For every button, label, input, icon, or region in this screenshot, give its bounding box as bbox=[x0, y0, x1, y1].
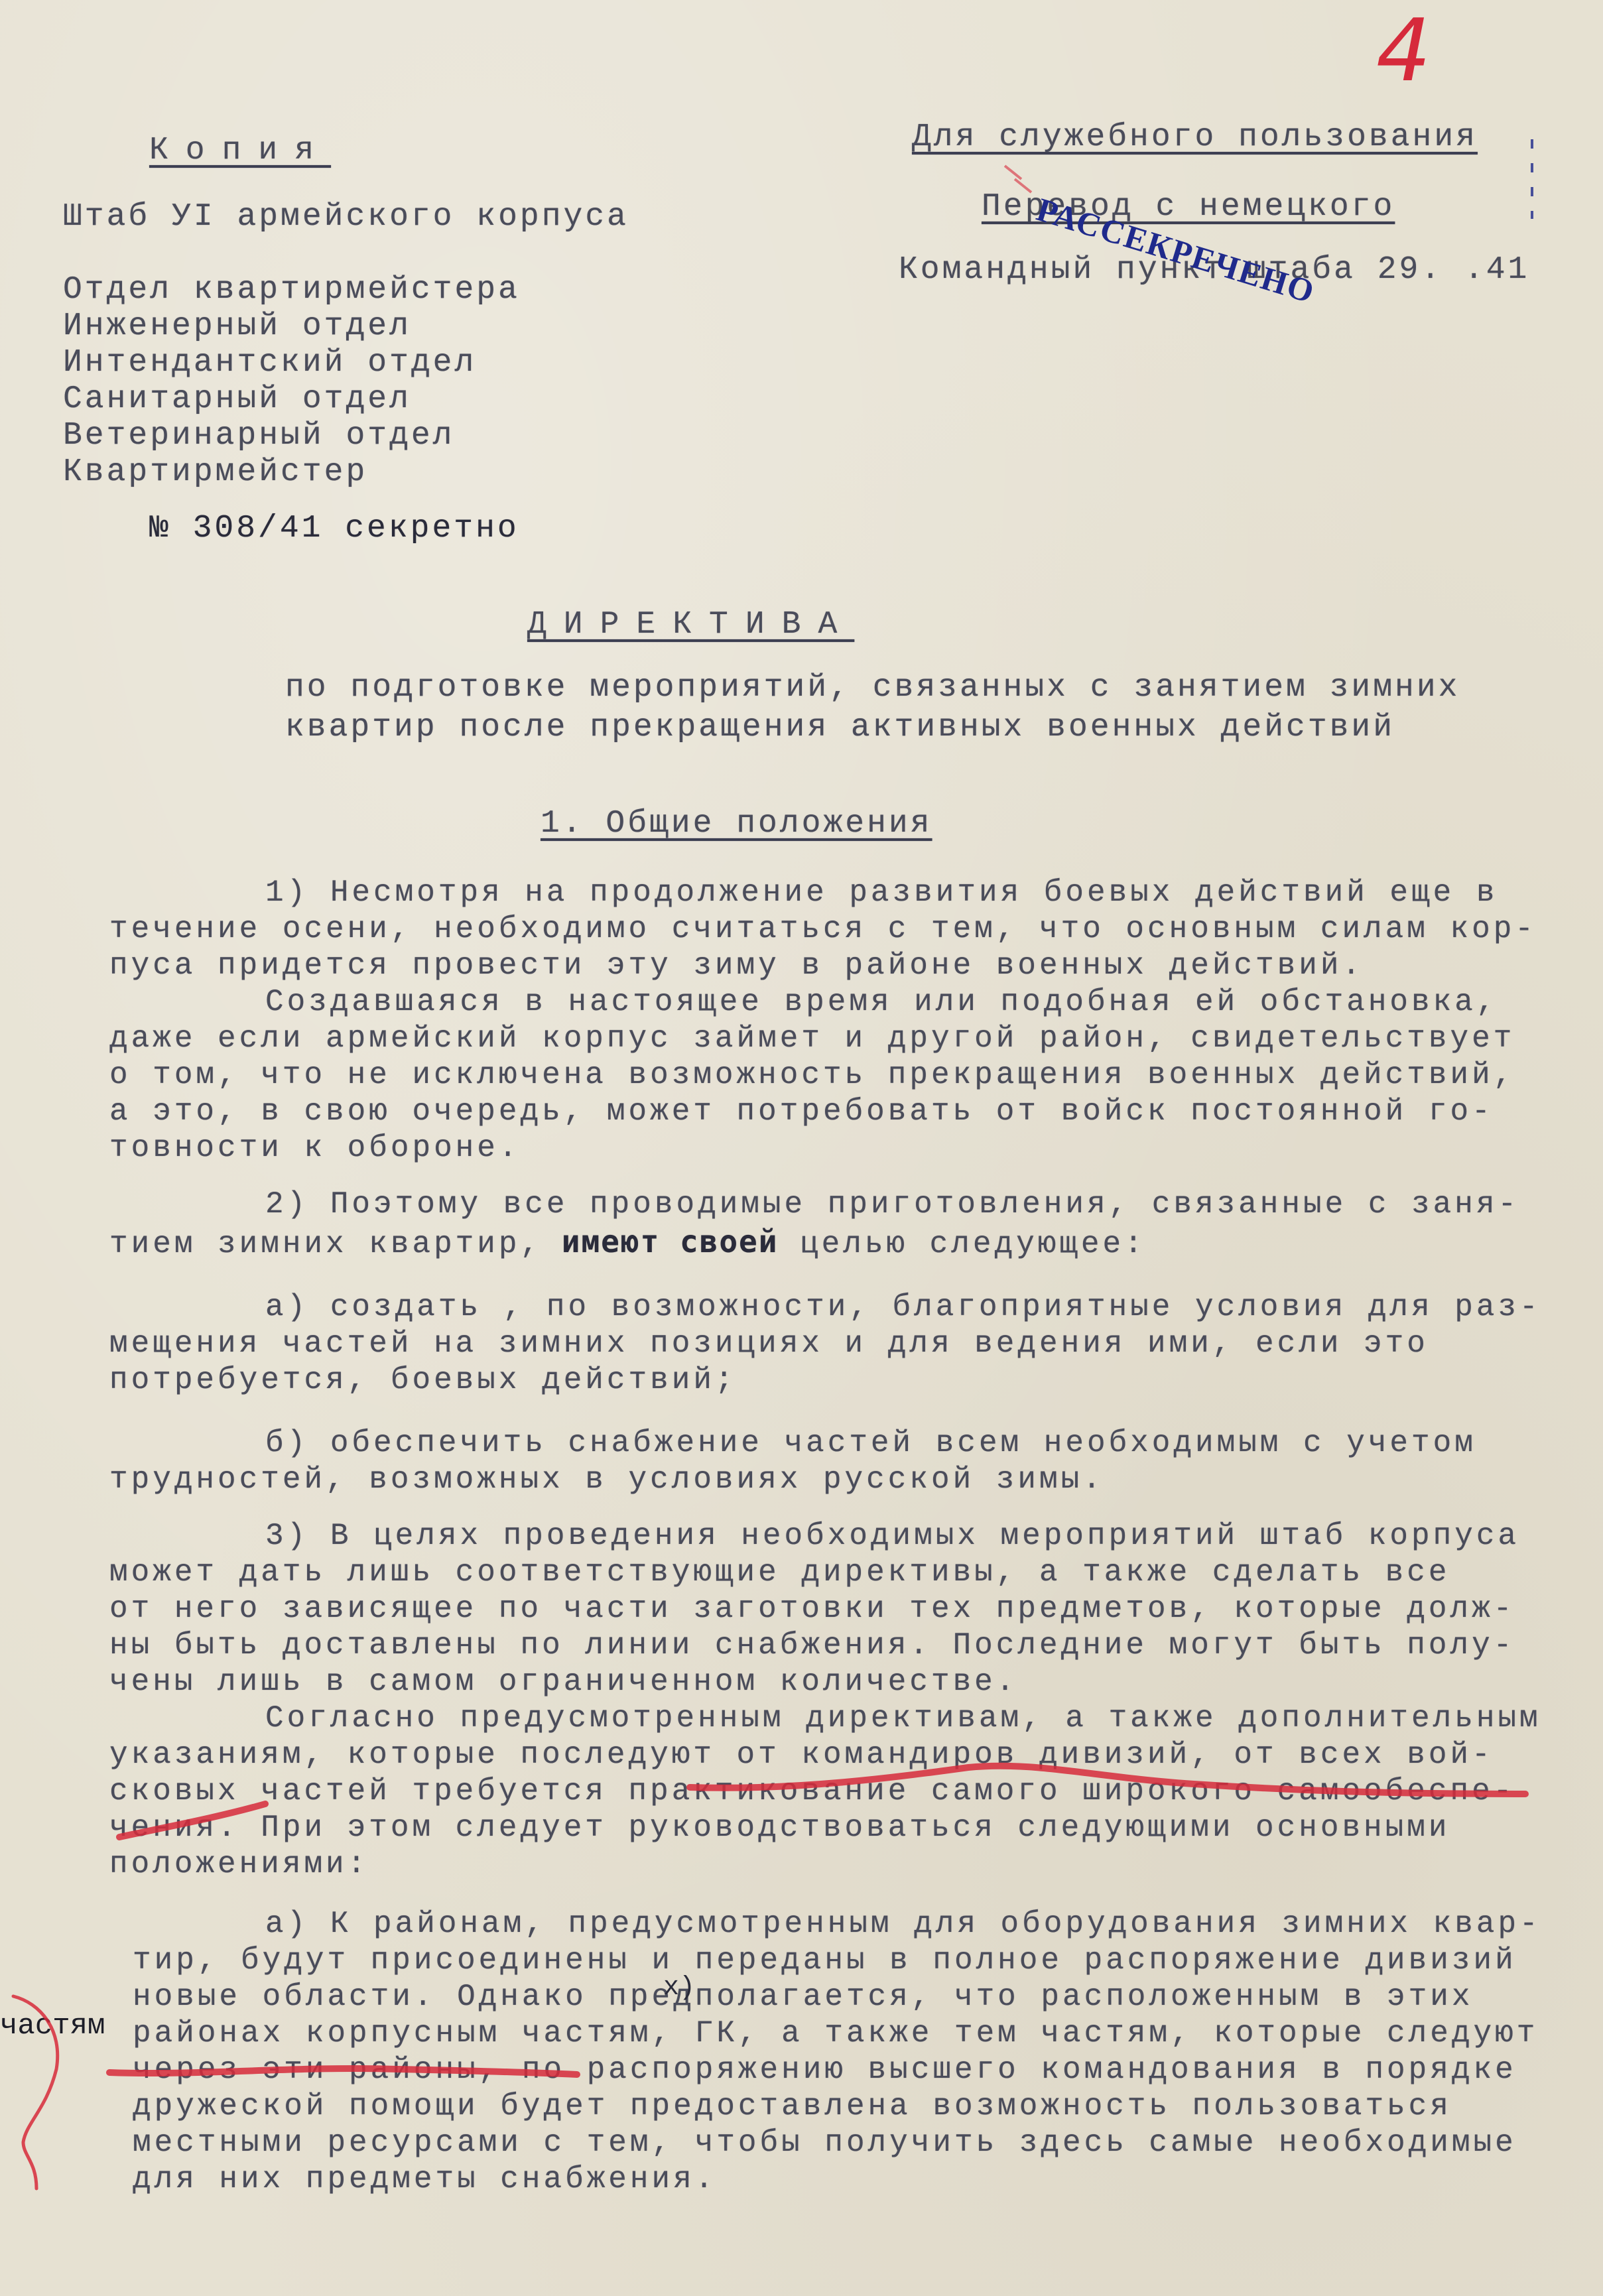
text-line: 1) Несмотря на продолжение развития боев… bbox=[265, 875, 1498, 910]
footnote-marker: x) bbox=[663, 1973, 695, 2003]
text-line: товности к обороне. bbox=[109, 1131, 521, 1165]
text-line: даже если армейский корпус займет и друг… bbox=[109, 1021, 1515, 1056]
text-line: о том, что не исключена возможность прек… bbox=[109, 1058, 1515, 1092]
department-item: Отдел квартирмейстера bbox=[63, 272, 520, 308]
text-line: тием зимних квартир, имеют своей целью с… bbox=[109, 1224, 1146, 1261]
text-line: Создавшаяся в настоящее время или подобн… bbox=[265, 985, 1498, 1019]
subtitle-line: квартир после прекращения активных военн… bbox=[285, 710, 1395, 745]
text-line: тир, будут присоединены и переданы в пол… bbox=[133, 1943, 1517, 1978]
text-line: потребуется, боевых действий; bbox=[109, 1363, 737, 1397]
page-number-handwritten: 4 bbox=[1376, 0, 1431, 101]
text-line: 3) В целях проведения необходимых меропр… bbox=[265, 1519, 1519, 1553]
department-item: Интендантский отдел bbox=[63, 345, 476, 381]
department-item: Ветеринарный отдел bbox=[63, 418, 454, 454]
text-line: трудностей, возможных в условиях русской… bbox=[109, 1462, 1104, 1497]
document-page: 4 Копия Штаб УI армейского корпуса Отдел… bbox=[0, 0, 1603, 2296]
text-line: ны быть доставлены по линии снабжения. П… bbox=[109, 1628, 1515, 1663]
department-item: Квартирмейстер bbox=[63, 454, 367, 490]
headquarters-line: Штаб УI армейского корпуса bbox=[63, 199, 629, 235]
text-line: от него зависящее по части заготовки тех… bbox=[109, 1592, 1515, 1626]
section-heading: 1. Общие положения bbox=[541, 806, 932, 842]
text-line: пуса придется провести эту зиму в районе… bbox=[109, 948, 1364, 983]
text-line: а) К районам, предусмотренным для оборуд… bbox=[265, 1907, 1541, 1941]
text-line: для них предметы снабжения. bbox=[133, 2162, 716, 2197]
subtitle-line: по подготовке мероприятий, связанных с з… bbox=[285, 670, 1460, 706]
text-line: районах корпусным частям, ГК, а также те… bbox=[133, 2016, 1538, 2051]
margin-annotation: частям bbox=[0, 2009, 105, 2043]
text-line: чены лишь в самом ограниченном количеств… bbox=[109, 1665, 1017, 1699]
department-item: Инженерный отдел bbox=[63, 308, 411, 344]
document-title: ДИРЕКТИВА bbox=[527, 607, 854, 643]
text-line: сковых частей требуется практикование са… bbox=[109, 1774, 1515, 1809]
copy-label: Копия bbox=[149, 133, 331, 168]
text-fragment: целью следующее: bbox=[778, 1227, 1145, 1261]
inserted-text: имеют своей bbox=[542, 1224, 778, 1259]
text-line: новые области. Однако предполагается, чт… bbox=[133, 1980, 1473, 2014]
text-line: Согласно предусмотренным директивам, а т… bbox=[265, 1701, 1541, 1736]
text-line: б) обеспечить снабжение частей всем необ… bbox=[265, 1426, 1476, 1460]
text-line: 2) Поэтому все проводимые приготовления,… bbox=[265, 1187, 1519, 1222]
text-line: а это, в свою очередь, может потребовать… bbox=[109, 1094, 1494, 1129]
text-line: течение осени, необходимо считаться с те… bbox=[109, 912, 1537, 946]
text-line: мещения частей на зимних позициях и для … bbox=[109, 1326, 1429, 1361]
text-line: через эти районы, по распоряжению высшег… bbox=[133, 2053, 1517, 2087]
text-fragment: тием зимних квартир, bbox=[109, 1227, 542, 1261]
text-line: местными ресурсами с тем, чтобы получить… bbox=[133, 2126, 1517, 2160]
text-line: указаниям, которые последуют от командир… bbox=[109, 1738, 1494, 1772]
text-line: положениями: bbox=[109, 1847, 369, 1881]
text-line: может дать лишь соответствующие директив… bbox=[109, 1555, 1450, 1590]
text-line: а) создать , по возможности, благоприятн… bbox=[265, 1290, 1541, 1324]
department-item: Санитарный отдел bbox=[63, 381, 411, 417]
red-tick-mark bbox=[1005, 166, 1031, 192]
classification-label: Для служебного пользования bbox=[912, 119, 1478, 155]
text-line: дружеской помощи будет предоставлена воз… bbox=[133, 2089, 1452, 2124]
text-line: чения. При этом следует руководствоватьс… bbox=[109, 1811, 1450, 1845]
reference-number: № 308/41 секретно bbox=[149, 511, 519, 546]
